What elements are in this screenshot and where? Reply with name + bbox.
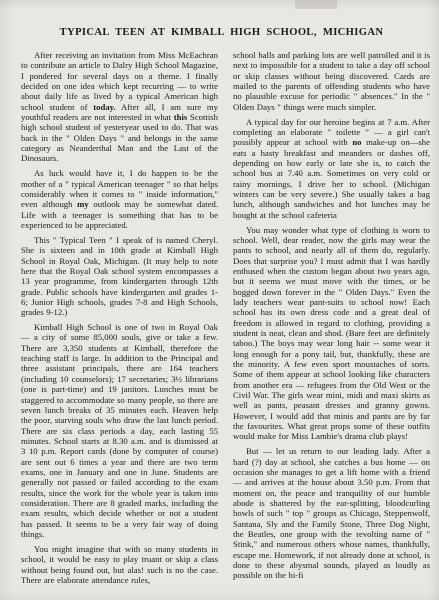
- text-run: You might imagine that with so many stud…: [21, 544, 218, 585]
- right-column: school halls and parking lots are well p…: [233, 50, 430, 590]
- paragraph: A typical day for our heroine begins at …: [233, 117, 430, 220]
- paragraph: This " Typical Teen " I speak of is name…: [21, 235, 218, 318]
- paragraph: But — let us return to our leading lady.…: [233, 446, 430, 580]
- paragraph: You may wonder what type of clothing is …: [233, 225, 430, 442]
- paragraph: You might imagine that with so many stud…: [21, 544, 218, 585]
- paragraph: school halls and parking lots are well p…: [233, 50, 430, 112]
- scan-artifact: [295, 0, 337, 9]
- text-run: this: [174, 112, 188, 122]
- text-run: But — let us return to our leading lady.…: [233, 446, 430, 580]
- text-columns: After receiving an invitation from Miss …: [0, 38, 439, 590]
- text-run: make-up on—she eats a hasty breakfast an…: [233, 137, 430, 219]
- article-title: TYPICAL TEEN AT KIMBALL HIGH SCHOOL, MIC…: [14, 27, 429, 38]
- paragraph: After receiving an invitation from Miss …: [21, 50, 218, 164]
- text-run: no: [352, 137, 361, 147]
- text-run: today.: [93, 102, 115, 112]
- paragraph: As luck would have it, I do happen to be…: [21, 168, 218, 230]
- paragraph: Kimball High School is one of two in Roy…: [21, 322, 218, 539]
- left-column: After receiving an invitation from Miss …: [21, 50, 218, 590]
- magazine-page: TYPICAL TEEN AT KIMBALL HIGH SCHOOL, MIC…: [0, 0, 439, 600]
- text-run: school halls and parking lots are well p…: [233, 50, 430, 112]
- text-run: my: [77, 199, 89, 209]
- text-run: Kimball High School is one of two in Roy…: [21, 322, 218, 539]
- text-run: You may wonder what type of clothing is …: [233, 225, 430, 442]
- text-run: This " Typical Teen " I speak of is name…: [21, 235, 218, 317]
